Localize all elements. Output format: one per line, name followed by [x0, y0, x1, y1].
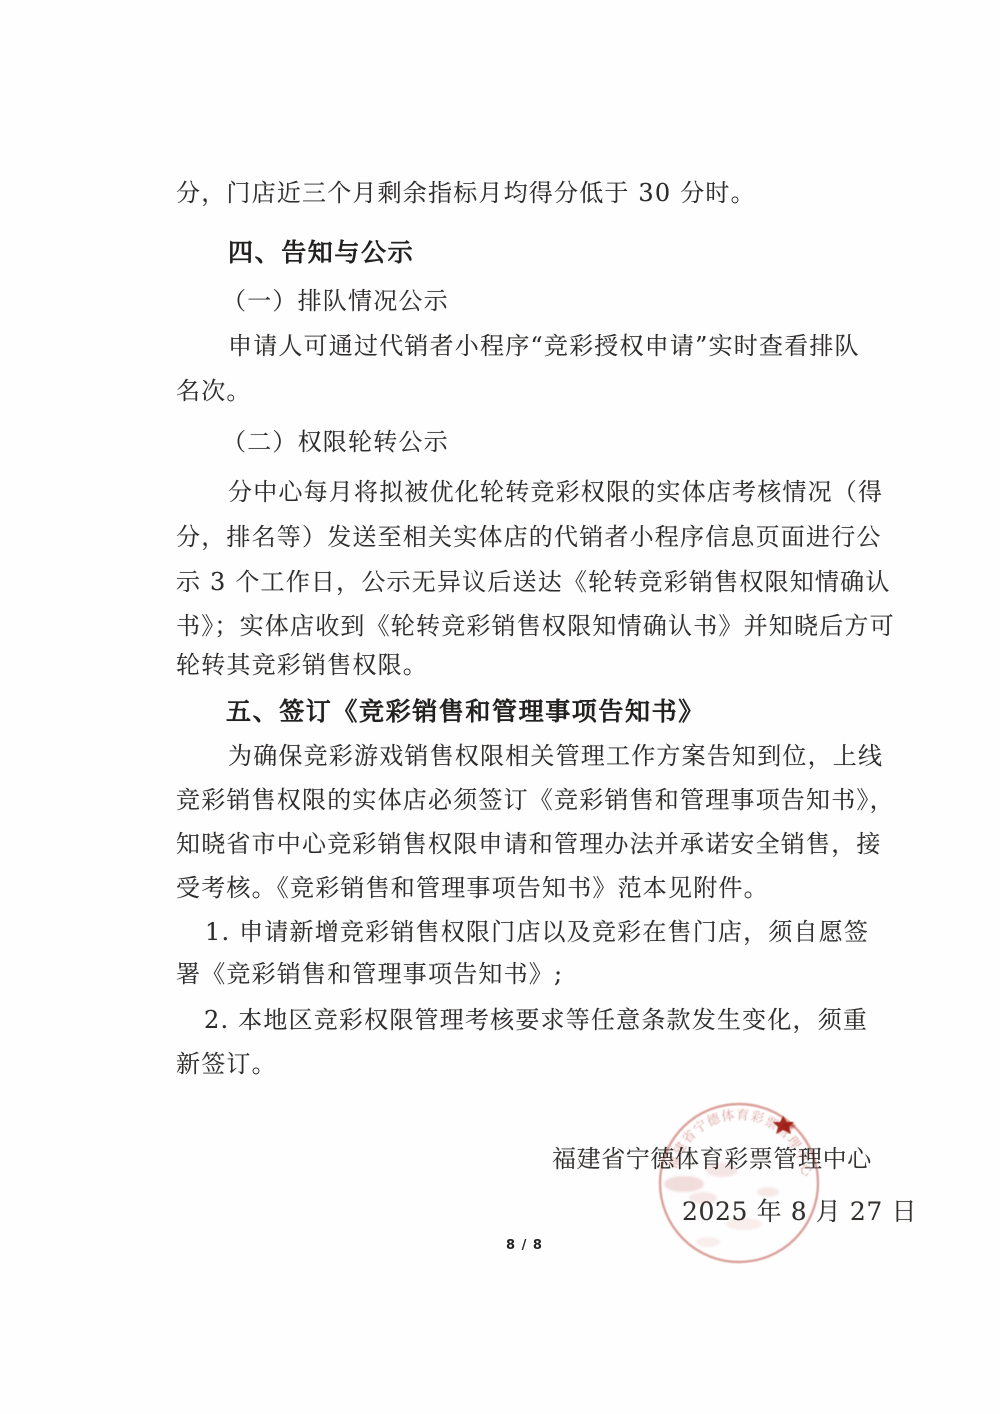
- text-line: 新签订。: [176, 1044, 277, 1079]
- text-line: 名次。: [176, 371, 252, 406]
- document-page: 分，门店近三个月剩余指标月均得分低于 30 分时。 四、告知与公示 （一）排队情…: [0, 0, 1000, 1414]
- text-line: 分，门店近三个月剩余指标月均得分低于 30 分时。: [176, 173, 756, 208]
- text-line: 分中心每月将拟被优化轮转竞彩权限的实体店考核情况（得: [228, 472, 883, 507]
- text-line: 为确保竞彩游戏销售权限相关管理工作方案告知到位，上线: [228, 736, 883, 771]
- list-item-2: 2. 本地区竞彩权限管理考核要求等任意条款发生变化，须重: [204, 1000, 868, 1035]
- section-heading-4: 四、告知与公示: [228, 233, 414, 269]
- text-line: 受考核。《竞彩销售和管理事项告知书》范本见附件。: [176, 868, 769, 903]
- signature-org: 福建省宁德体育彩票管理中心: [552, 1139, 872, 1174]
- subsection-heading-2: （二）权限轮转公示: [222, 422, 449, 457]
- text-line: 竞彩销售权限的实体店必须签订《竞彩销售和管理事项告知书》，: [176, 780, 895, 815]
- text-line: 知晓省市中心竞彩销售权限申请和管理办法并承诺安全销售，接: [176, 824, 882, 859]
- section-heading-5: 五、签订《竞彩销售和管理事项告知书》: [226, 692, 705, 728]
- subsection-heading-1: （一）排队情况公示: [222, 281, 449, 316]
- text-line: 分，排名等）发送至相关实体店的代销者小程序信息页面进行公: [176, 517, 882, 552]
- list-item-1: 1. 申请新增竞彩销售权限门店以及竞彩在售门店，须自愿签: [205, 912, 869, 947]
- text-line: 书》；实体店收到《轮转竞彩销售权限知情确认书》并知晓后方可: [176, 606, 895, 641]
- text-line: 署《竞彩销售和管理事项告知书》;: [176, 954, 563, 989]
- signature-date: 2025 年 8 月 27 日: [682, 1192, 917, 1228]
- official-seal-stamp: 福建省宁德体育彩票管理中心: [648, 1096, 832, 1276]
- text-line: 申请人可通过代销者小程序“竞彩授权申请”实时查看排队: [228, 326, 860, 361]
- seal-star-icon: [773, 1116, 795, 1134]
- text-line: 示 3 个工作日，公示无异议后送达《轮转竞彩销售权限知情确认: [176, 562, 891, 597]
- seal-ring: [660, 1104, 818, 1262]
- page-number: 8 / 8: [506, 1238, 543, 1253]
- text-line: 轮转其竞彩销售权限。: [176, 645, 428, 680]
